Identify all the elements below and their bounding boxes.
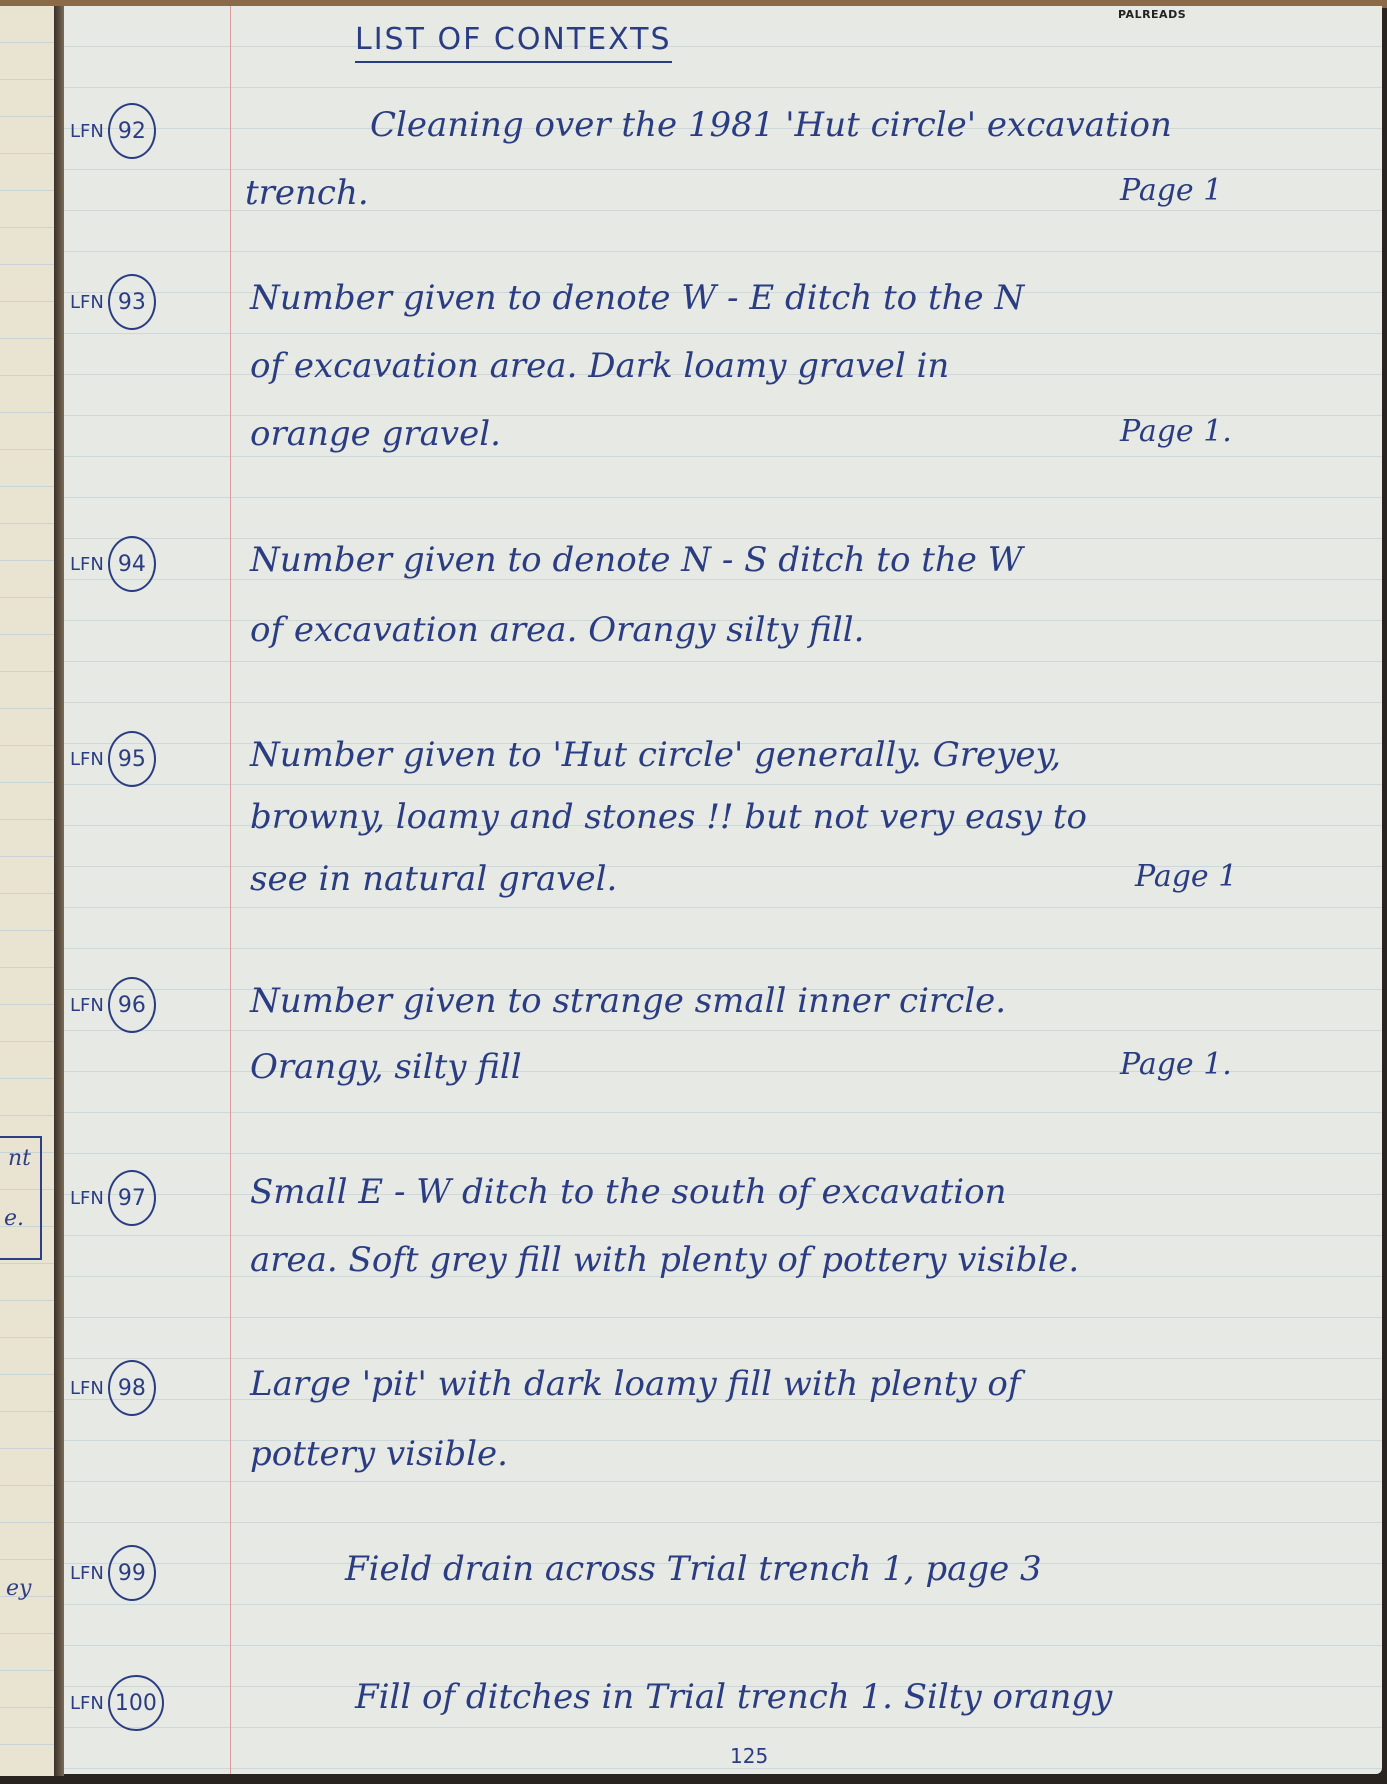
context-number-circle: 93: [108, 274, 156, 330]
context-label: LFN 93: [70, 274, 156, 330]
context-label: LFN 100: [70, 1675, 164, 1731]
entry-text-line: Number given to strange small inner circ…: [250, 981, 1006, 1021]
previous-page-edge: nt e. ey: [0, 6, 56, 1776]
context-label: LFN 94: [70, 536, 156, 592]
entry-text-line: Number given to 'Hut circle' generally. …: [250, 735, 1061, 775]
entry-text-line: Number given to denote W - E ditch to th…: [250, 278, 1024, 318]
context-label: LFN 99: [70, 1545, 156, 1601]
page-reference: Page 1: [1120, 173, 1222, 208]
context-number-circle: 100: [108, 1675, 164, 1731]
context-label: LFN 95: [70, 731, 156, 787]
margin-rule: [230, 6, 231, 1774]
book-spine: [54, 6, 64, 1776]
entry-text-line: pottery visible.: [250, 1434, 508, 1474]
page-reference: Page 1: [1135, 859, 1237, 894]
entry-text-line: Number given to denote N - S ditch to th…: [250, 540, 1023, 580]
context-number-circle: 97: [108, 1170, 156, 1226]
context-label: LFN 97: [70, 1170, 156, 1226]
context-number-circle: 99: [108, 1545, 156, 1601]
entry-text-line: of excavation area. Dark loamy gravel in: [250, 346, 949, 386]
context-label: LFN 92: [70, 103, 156, 159]
page-reference: Page 1.: [1120, 1047, 1232, 1082]
lfn-label: LFN: [70, 1693, 104, 1714]
entry-text-line: orange gravel.: [250, 414, 501, 454]
lfn-label: LFN: [70, 554, 104, 575]
page-number: 125: [730, 1744, 768, 1768]
entry-text-line: Cleaning over the 1981 'Hut circle' exca…: [370, 105, 1172, 145]
page-stamp: PALREADS: [1118, 8, 1186, 21]
context-number-circle: 92: [108, 103, 156, 159]
lfn-label: LFN: [70, 292, 104, 313]
entry-text-line: trench.: [245, 173, 369, 213]
lfn-label: LFN: [70, 749, 104, 770]
context-label: LFN 96: [70, 977, 156, 1033]
page-title: LIST OF CONTEXTS: [355, 22, 672, 63]
entry-text-line: area. Soft grey fill with plenty of pott…: [250, 1240, 1079, 1280]
entry-text-line: Field drain across Trial trench 1, page …: [345, 1549, 1042, 1589]
previous-page-fragment: ey: [6, 1576, 31, 1601]
context-number-circle: 98: [108, 1360, 156, 1416]
context-number-circle: 95: [108, 731, 156, 787]
context-number-circle: 94: [108, 536, 156, 592]
entry-text-line: Fill of ditches in Trial trench 1. Silty…: [355, 1677, 1112, 1717]
entry-text-line: of excavation area. Orangy silty fill.: [250, 610, 864, 650]
entry-text-line: Small E - W ditch to the south of excava…: [250, 1172, 1007, 1212]
page-reference: Page 1.: [1120, 414, 1232, 449]
entry-text-line: Large 'pit' with dark loamy fill with pl…: [250, 1364, 1020, 1404]
lfn-label: LFN: [70, 1378, 104, 1399]
entry-text-line: browny, loamy and stones !! but not very…: [250, 797, 1087, 837]
context-number-circle: 96: [108, 977, 156, 1033]
lfn-label: LFN: [70, 995, 104, 1016]
lfn-label: LFN: [70, 121, 104, 142]
lfn-label: LFN: [70, 1188, 104, 1209]
context-label: LFN 98: [70, 1360, 156, 1416]
entry-text-line: see in natural gravel.: [250, 859, 617, 899]
entry-text-line: Orangy, silty fill: [250, 1047, 522, 1087]
previous-page-fragment: e.: [4, 1206, 24, 1231]
previous-page-fragment: nt: [8, 1146, 31, 1171]
lfn-label: LFN: [70, 1563, 104, 1584]
